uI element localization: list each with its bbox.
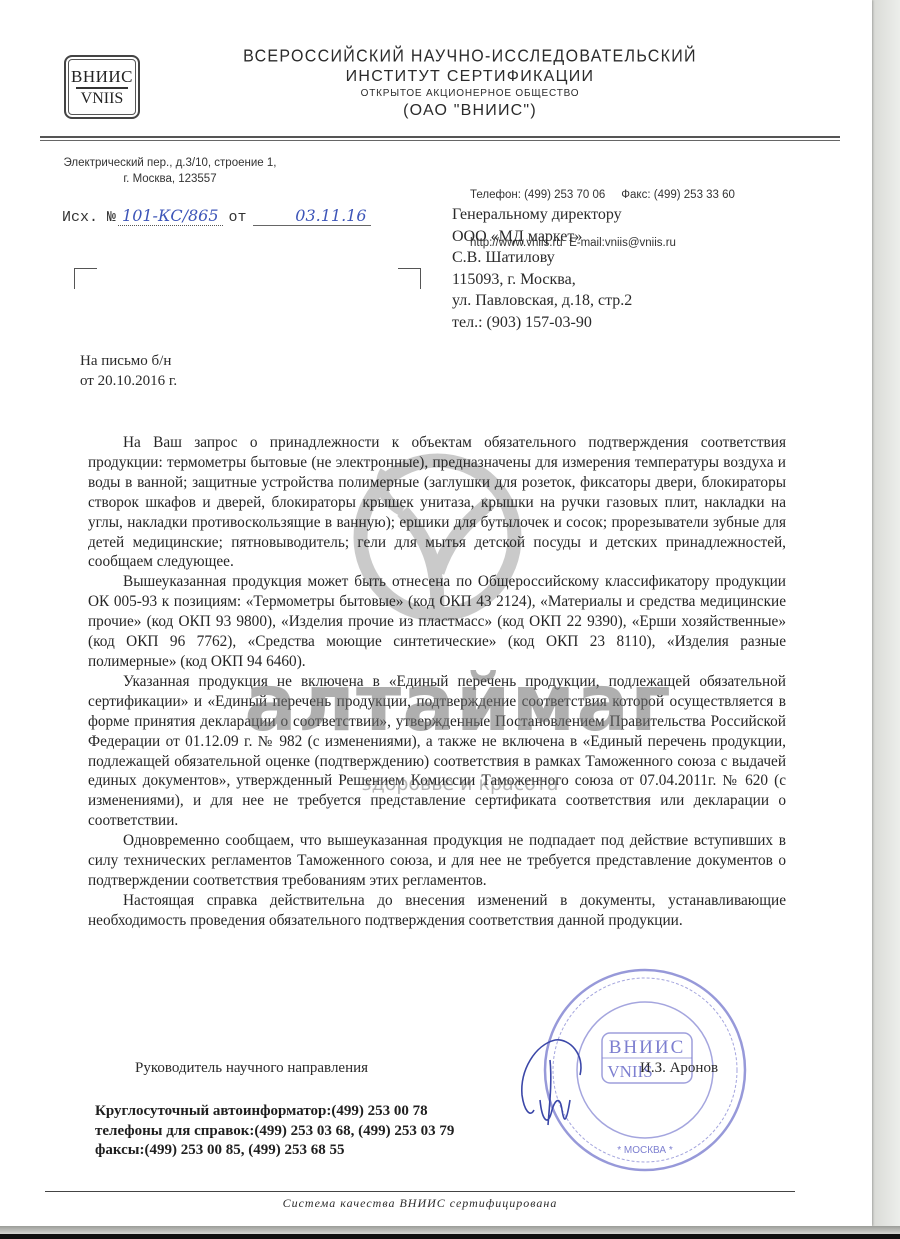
letter-body: На Ваш запрос о принадлежности к объекта… — [88, 433, 786, 931]
body-paragraph: Вышеуказанная продукция может быть отнес… — [88, 572, 786, 672]
outgoing-reference: Исх. № 101-КС/865 от 03.11.16 — [62, 206, 371, 226]
reference-from-label: от — [229, 209, 247, 226]
addressee-line: тел.: (903) 157-03-90 — [452, 312, 632, 334]
org-line-2: ИНСТИТУТ СЕРТИФИКАЦИИ — [200, 67, 740, 87]
addressee-line: ул. Павловская, д.18, стр.2 — [452, 290, 632, 312]
logo-divider — [76, 87, 128, 89]
scan-bottom-border — [0, 1234, 900, 1239]
addressee-line: 115093, г. Москва, — [452, 269, 632, 291]
org-line-1: ВСЕРОССИЙСКИЙ НАУЧНО-ИССЛЕДОВАТЕЛЬСКИЙ — [200, 45, 740, 68]
addressee-block: Генеральному директору ООО «МД маркет» С… — [452, 204, 632, 333]
scan-background-strip — [872, 0, 900, 1239]
address-line-2: г. Москва, 123557 — [40, 171, 300, 187]
info-contacts: Круглосуточный автоинформатор:(499) 253 … — [95, 1102, 454, 1161]
reply-to-line-1: На письмо б/н — [80, 351, 177, 371]
footer-divider — [45, 1191, 795, 1192]
contact-phones: телефоны для справок:(499) 253 03 68, (4… — [95, 1122, 454, 1142]
reference-number: 101-КС/865 — [118, 206, 223, 226]
org-line-4: (ОАО "ВНИИС") — [200, 100, 740, 122]
handwritten-signature — [500, 1030, 610, 1140]
body-paragraph: Настоящая справка действительна до внесе… — [88, 891, 786, 931]
scan-bottom-edge — [0, 1226, 900, 1234]
footer-quality-note: Система качества ВНИИС сертифицирована — [45, 1196, 795, 1211]
reference-prefix: Исх. № — [62, 209, 116, 226]
addressee-line: С.В. Шатилову — [452, 247, 632, 269]
logo-text-en: VNIIS — [66, 90, 138, 107]
organization-name: ВСЕРОССИЙСКИЙ НАУЧНО-ИССЛЕДОВАТЕЛЬСКИЙ И… — [200, 46, 740, 122]
logo-text-ru: ВНИИС — [66, 68, 138, 85]
org-line-3: ОТКРЫТОЕ АКЦИОНЕРНОЕ ОБЩЕСТВО — [200, 87, 740, 100]
org-fax: Факс: (499) 253 33 60 — [621, 189, 735, 201]
svg-text:* МОСКВА *: * МОСКВА * — [617, 1145, 673, 1156]
contact-autoinformer: Круглосуточный автоинформатор:(499) 253 … — [95, 1102, 454, 1122]
body-paragraph: Одновременно сообщаем, что вышеуказанная… — [88, 831, 786, 891]
addressee-line: ООО «МД маркет» — [452, 226, 632, 248]
reply-to-block: На письмо б/н от 20.10.2016 г. — [80, 351, 177, 391]
reply-to-line-2: от 20.10.2016 г. — [80, 371, 177, 391]
address-line-1: Электрический пер., д.3/10, строение 1, — [40, 155, 300, 171]
header-divider — [40, 136, 840, 141]
contact-faxes: факсы:(499) 253 00 85, (499) 253 68 55 — [95, 1141, 454, 1161]
address-window-corner-left — [74, 268, 97, 289]
org-address: Электрический пер., д.3/10, строение 1, … — [40, 155, 300, 187]
address-window-corner-right — [398, 268, 421, 289]
body-paragraph: На Ваш запрос о принадлежности к объекта… — [88, 433, 786, 572]
vniis-logo: ВНИИС VNIIS — [64, 55, 140, 119]
letter-page: ВНИИС VNIIS ВСЕРОССИЙСКИЙ НАУЧНО-ИССЛЕДО… — [0, 0, 872, 1226]
addressee-line: Генеральному директору — [452, 204, 632, 226]
signatory-name: И.З. Аронов — [640, 1060, 718, 1077]
body-paragraph: Указанная продукция не включена в «Едины… — [88, 672, 786, 831]
signatory-title: Руководитель научного направления — [135, 1060, 368, 1077]
org-phone: Телефон: (499) 253 70 06 — [470, 189, 605, 201]
reference-date: 03.11.16 — [253, 206, 371, 226]
svg-text:ВНИИС: ВНИИС — [609, 1037, 686, 1058]
